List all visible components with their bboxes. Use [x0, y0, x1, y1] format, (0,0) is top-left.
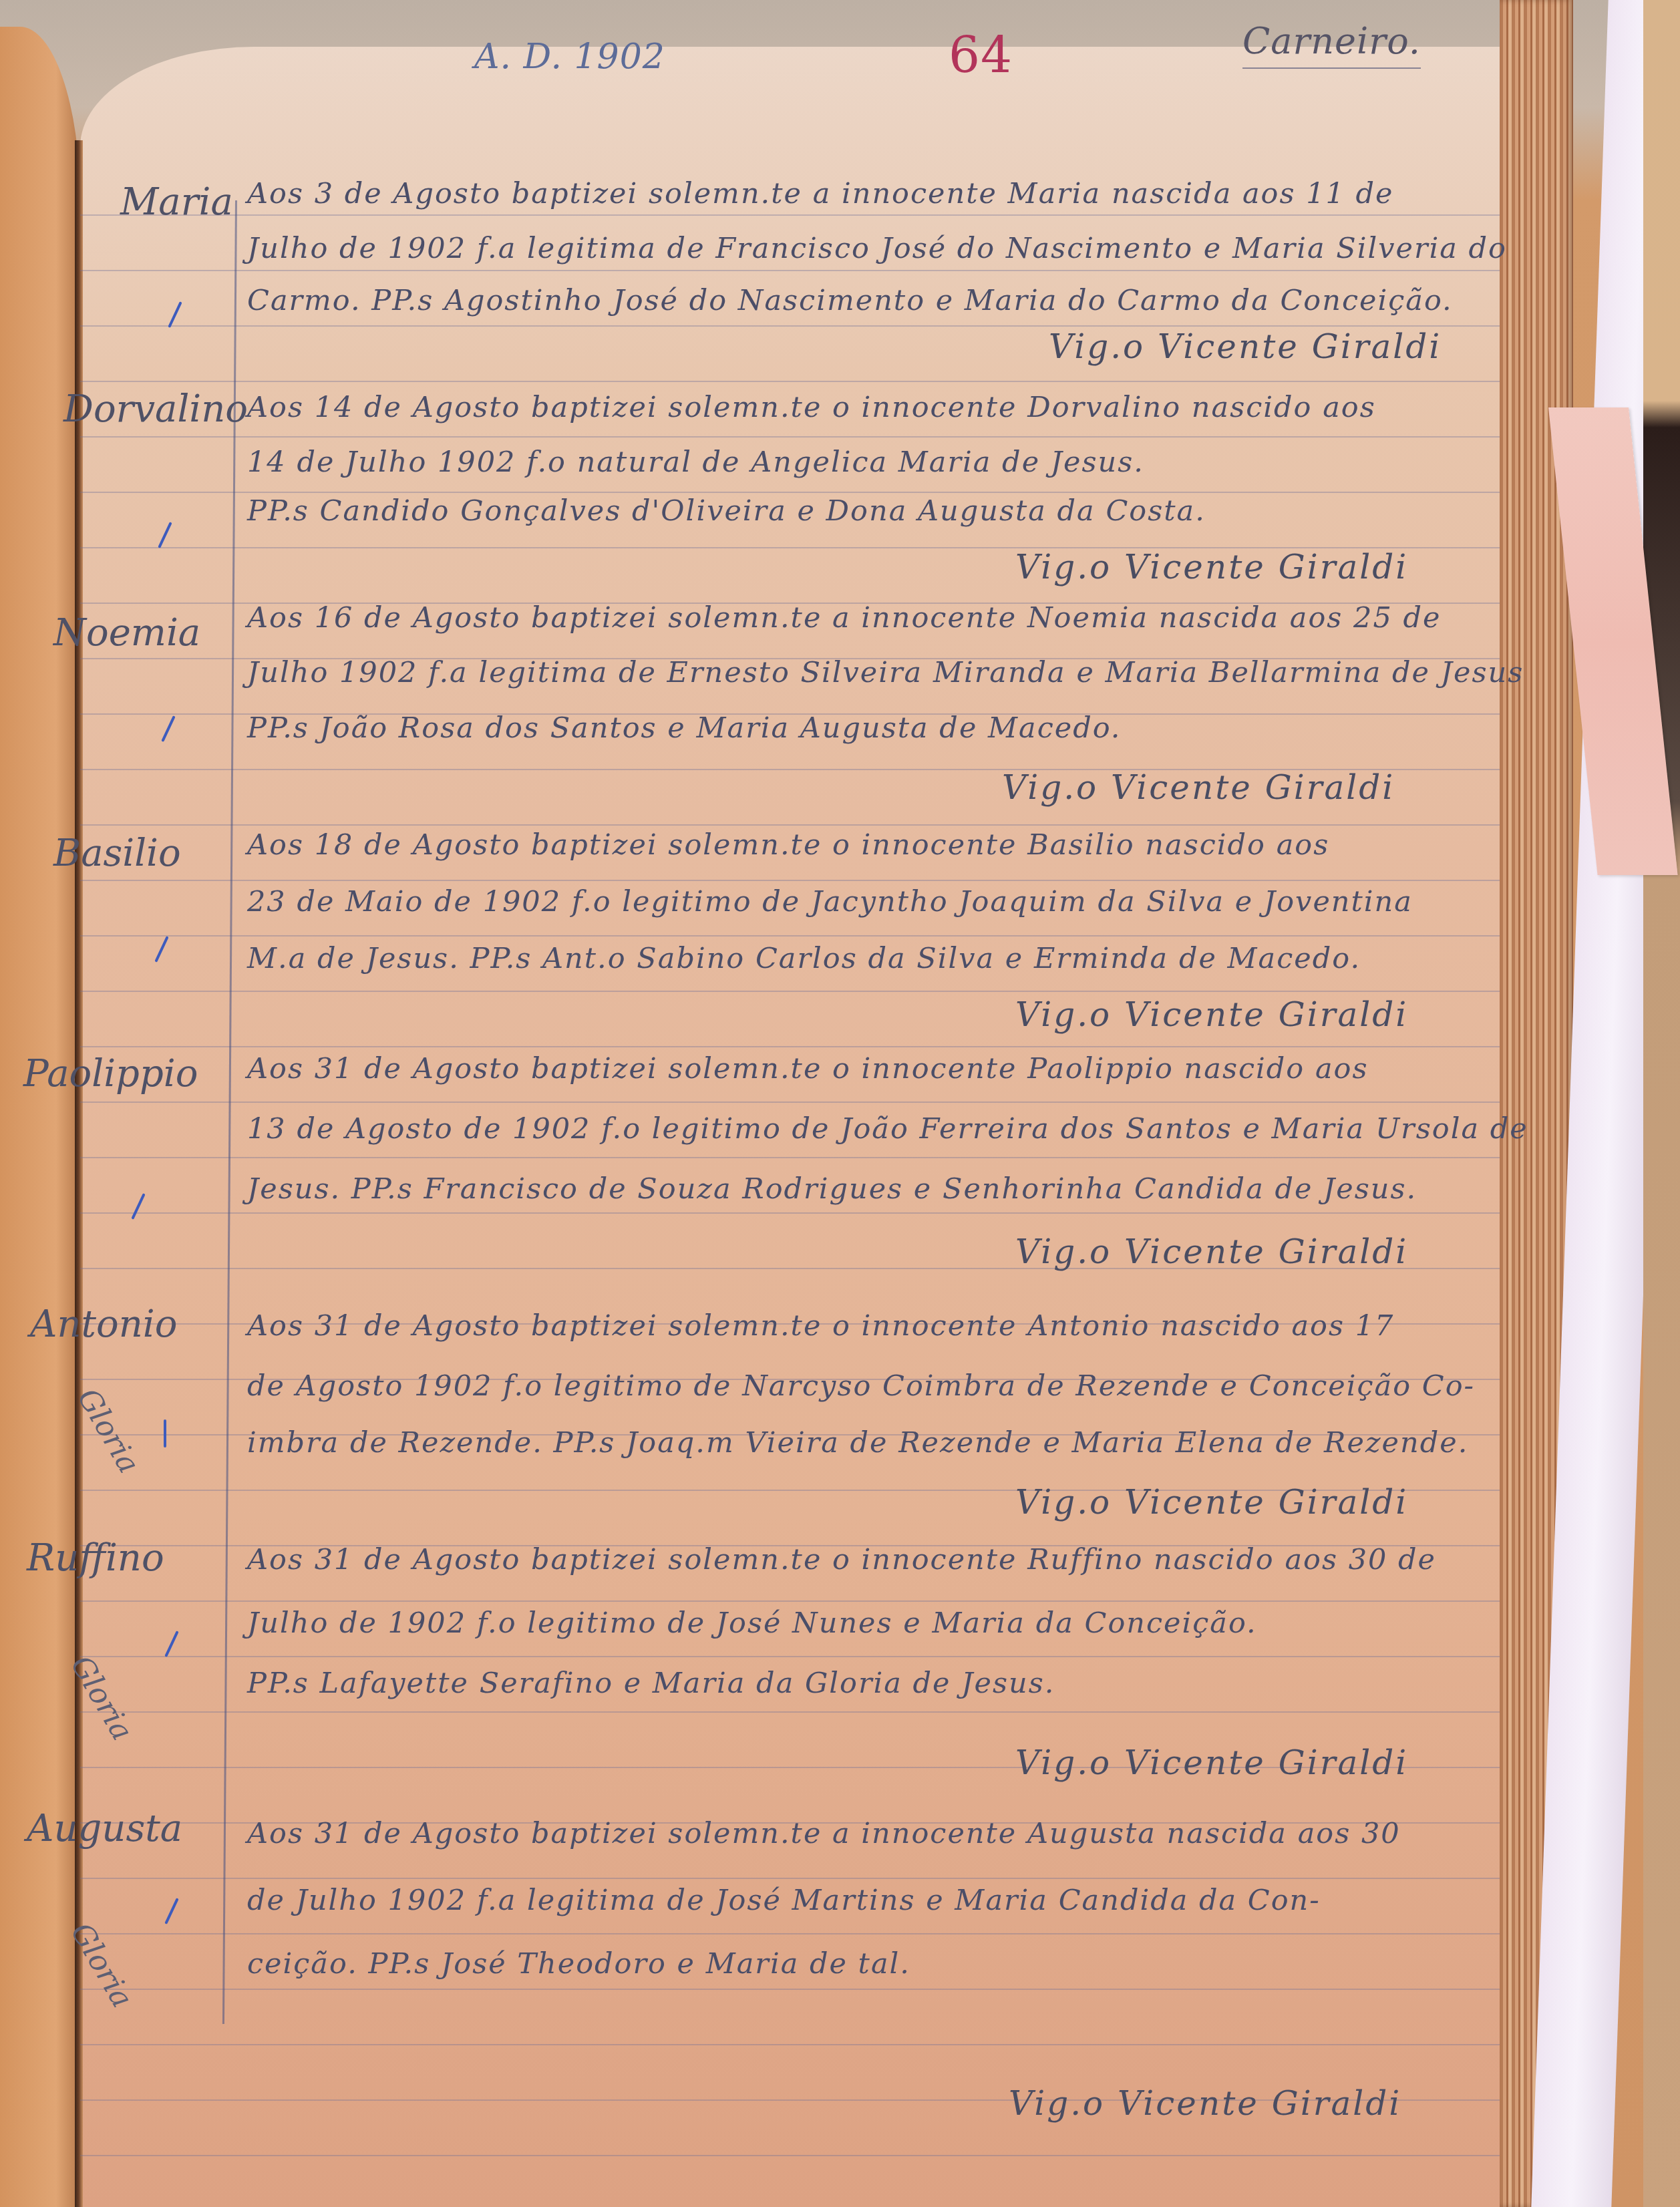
entry-line: de Agosto 1902 f.o legitimo de Narcyso C… — [247, 1369, 1475, 1403]
entry-line: 14 de Julho 1902 f.o natural de Angelica… — [247, 446, 1144, 479]
count-tick — [164, 1419, 166, 1448]
priest-signature: Vig.o Vicente Giraldi — [1009, 2084, 1401, 2123]
entry-line: de Julho 1902 f.a legitima de José Marti… — [247, 1884, 1321, 1917]
entry-line: M.a de Jesus. PP.s Ant.o Sabino Carlos d… — [247, 942, 1361, 975]
priest-signature: Vig.o Vicente Giraldi — [1015, 1232, 1408, 1271]
desk-edge — [1643, 0, 1680, 2207]
margin-name: Noemia — [53, 611, 200, 655]
priest-signature: Vig.o Vicente Giraldi — [1002, 768, 1395, 807]
margin-name: Maria — [120, 180, 233, 224]
margin-name: Dorvalino — [63, 387, 248, 431]
entry-line: Aos 31 de Agosto baptizei solemn.te o in… — [247, 1052, 1369, 1085]
entry-line: Aos 31 de Agosto baptizei solemn.te a in… — [247, 1817, 1401, 1850]
left-facing-page — [0, 27, 80, 2207]
entry-line: 23 de Maio de 1902 f.o legitimo de Jacyn… — [247, 885, 1413, 918]
margin-name: Augusta — [27, 1807, 182, 1850]
parish-name: Carneiro. — [1242, 20, 1421, 69]
entry-line: PP.s Candido Gonçalves d'Oliveira e Dona… — [247, 494, 1206, 528]
entry-line: Jesus. PP.s Francisco de Souza Rodrigues… — [247, 1172, 1417, 1206]
entry-line: Julho de 1902 f.o legitimo de José Nunes… — [247, 1606, 1257, 1640]
entry-line: Aos 31 de Agosto baptizei solemn.te o in… — [247, 1543, 1436, 1576]
page-number: 64 — [949, 27, 1013, 84]
priest-signature: Vig.o Vicente Giraldi — [1015, 995, 1408, 1034]
entry-line: ceição. PP.s José Theodoro e Maria de ta… — [247, 1947, 910, 1981]
entry-line: Aos 18 de Agosto baptizei solemn.te o in… — [247, 828, 1329, 862]
entry-line: Aos 14 de Agosto baptizei solemn.te o in… — [247, 391, 1376, 424]
margin-name: Antonio — [30, 1303, 177, 1346]
priest-signature: Vig.o Vicente Giraldi — [1049, 327, 1442, 366]
priest-signature: Vig.o Vicente Giraldi — [1015, 1483, 1408, 1522]
header-year: A. D. 1902 — [474, 37, 665, 77]
entry-line: Julho de 1902 f.a legitima de Francisco … — [247, 232, 1507, 265]
priest-signature: Vig.o Vicente Giraldi — [1015, 1743, 1408, 1782]
entry-line: Aos 3 de Agosto baptizei solemn.te a inn… — [247, 177, 1394, 210]
entry-line: 13 de Agosto de 1902 f.o legitimo de Joã… — [247, 1112, 1528, 1146]
entry-line: PP.s Lafayette Serafino e Maria da Glori… — [247, 1667, 1055, 1700]
entry-line: Carmo. PP.s Agostinho José do Nascimento… — [247, 284, 1453, 317]
margin-name: Ruffino — [27, 1536, 164, 1580]
entry-line: imbra de Rezende. PP.s Joaq.m Vieira de … — [247, 1426, 1468, 1460]
entry-line: PP.s João Rosa dos Santos e Maria August… — [247, 711, 1122, 745]
entry-line: Aos 31 de Agosto baptizei solemn.te o in… — [247, 1309, 1394, 1343]
entry-line: Julho 1902 f.a legitima de Ernesto Silve… — [247, 656, 1524, 689]
priest-signature: Vig.o Vicente Giraldi — [1015, 548, 1408, 586]
margin-name: Basilio — [53, 832, 181, 875]
entry-line: Aos 16 de Agosto baptizei solemn.te a in… — [247, 601, 1441, 635]
margin-name: Paolippio — [23, 1052, 198, 1095]
